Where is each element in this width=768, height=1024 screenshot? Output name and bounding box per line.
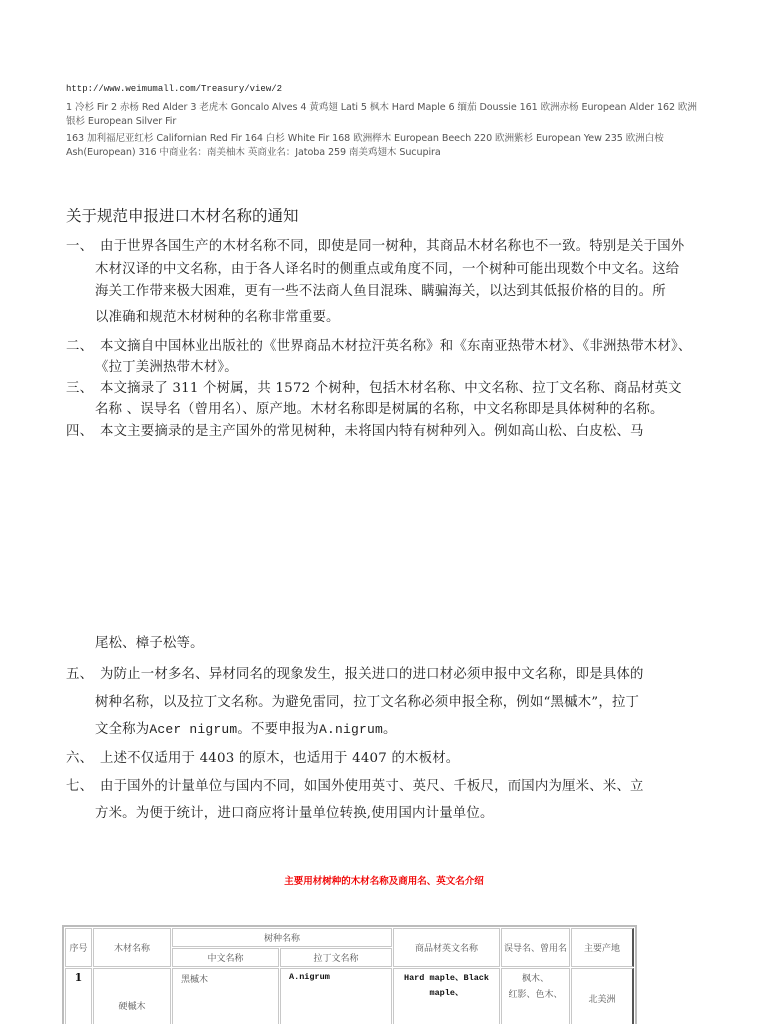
header-misleading-name: 误导名、曾用名	[501, 928, 570, 967]
index-line: 1 冷杉 Fir 2 赤杨 Red Alder 3 老虎木 Goncalo Al…	[66, 99, 697, 113]
index-line: 163 加利福尼亚红杉 Californian Red Fir 164 白杉 W…	[66, 130, 664, 144]
paragraph-line: 本文摘自中国林业出版社的《世界商品木材拉汗英名称》和《东南亚热带木材》、《非洲热…	[100, 335, 691, 354]
item-number: 六、	[66, 747, 93, 766]
item-number: 七、	[66, 775, 93, 794]
text-line: Hard maple、Black	[394, 971, 499, 983]
header-seq: 序号	[65, 928, 92, 967]
header-origin: 主要产地	[571, 928, 634, 967]
item-number: 一、	[66, 235, 93, 254]
index-line: Ash(European) 316 中商业名：南美柚木 英商业名：Jatoba …	[66, 144, 441, 158]
paragraph-line: 由于世界各国生产的木材名称不同，即使是同一树种，其商品木材名称也不一致。特别是关…	[100, 235, 684, 254]
cell-misleading-name: 枫木、 红影、色木、	[501, 968, 570, 1024]
paragraph-line: 本文摘录了 311 个树属，共 1572 个树种，包括木材名称、中文名称、拉丁文…	[100, 377, 682, 396]
header-wood-name: 木材名称	[93, 928, 171, 967]
item-number: 三、	[66, 377, 93, 396]
index-line: 银杉 European Silver Fir	[66, 113, 176, 127]
cell-chinese-name: 黑槭木	[172, 968, 279, 1024]
text: 。不要申报为	[237, 722, 319, 737]
cell-latin-name: A.nigrum	[280, 968, 392, 1024]
text-line: 红影、色木、	[502, 987, 569, 1000]
paragraph-line: 尾松、樟子松等。	[95, 632, 204, 651]
table-row: 1 硬槭木 黑槭木 A.nigrum Hard maple、Black mapl…	[65, 968, 634, 1024]
text-line: 枫木、	[502, 971, 569, 984]
header-latin-name: 拉丁文名称	[280, 948, 392, 967]
item-number: 五、	[66, 663, 93, 682]
cell-english-trade-name: Hard maple、Black maple、	[393, 968, 500, 1024]
cell-seq: 1	[65, 968, 92, 1024]
cell-wood-name: 硬槭木	[93, 968, 171, 1024]
table-section-title: 主要用材树种的木材名称及商用名、英文名介绍	[0, 873, 768, 887]
header-english-trade-name: 商品材英文名称	[393, 928, 500, 967]
paragraph-line: 文全称为Acer nigrum。不要申报为A.nigrum。	[95, 718, 397, 737]
document-title: 关于规范申报进口木材名称的通知	[66, 204, 299, 226]
paragraph-line: 木材汉译的中文名称，由于各人译名时的侧重点或角度不同，一个树种可能出现数个中文名…	[95, 258, 679, 277]
paragraph-line: 方米。为便于统计，进口商应将计量单位转换,使用国内计量单位。	[95, 802, 494, 821]
paragraph-line: 树种名称，以及拉丁文名称。为避免雷同，拉丁文名称必须申报全称，例如“黑槭木”，拉…	[95, 691, 639, 710]
text: 文全称为	[95, 722, 149, 737]
paragraph-line: 海关工作带来极大困难，更有一些不法商人鱼目混珠、瞒骗海关，以达到其低报价格的目的…	[95, 280, 666, 299]
paragraph-line: 上述不仅适用于 4403 的原木，也适用于 4407 的木板材。	[100, 747, 459, 766]
paragraph-line: 为防止一材多名、异材同名的现象发生，报关进口的进口材必须申报中文名称，即是具体的	[100, 663, 644, 682]
latin-name-full: Acer nigrum	[149, 722, 237, 737]
header-species-group: 树种名称	[172, 928, 392, 947]
paragraph-line: 名称 、误导名（曾用名）、原产地。木材名称即是树属的名称，中文名称即是具体树种的…	[95, 398, 664, 417]
cell-origin: 北美洲	[571, 968, 634, 1024]
source-url[interactable]: http://www.weimumall.com/Treasury/view/2	[66, 84, 282, 94]
paragraph-line: 本文主要摘录的是主产国外的常见树种，未将国内特有树种列入。例如高山松、白皮松、马	[100, 420, 644, 439]
paragraph-line: 《拉丁美洲热带木材》。	[95, 356, 238, 375]
item-number: 四、	[66, 420, 93, 439]
wood-species-table: 序号 木材名称 树种名称 商品材英文名称 误导名、曾用名 主要产地 中文名称 拉…	[62, 925, 637, 1024]
text-line: maple、	[394, 986, 499, 998]
paragraph-line: 以准确和规范木材树种的名称非常重要。	[95, 306, 340, 325]
item-number: 二、	[66, 335, 93, 354]
paragraph-line: 由于国外的计量单位与国内不同，如国外使用英寸、英尺、千板尺，而国内为厘米、米、立	[100, 775, 644, 794]
latin-name-abbr: A.nigrum	[319, 722, 383, 737]
text: 。	[383, 722, 397, 737]
header-chinese-name: 中文名称	[172, 948, 279, 967]
